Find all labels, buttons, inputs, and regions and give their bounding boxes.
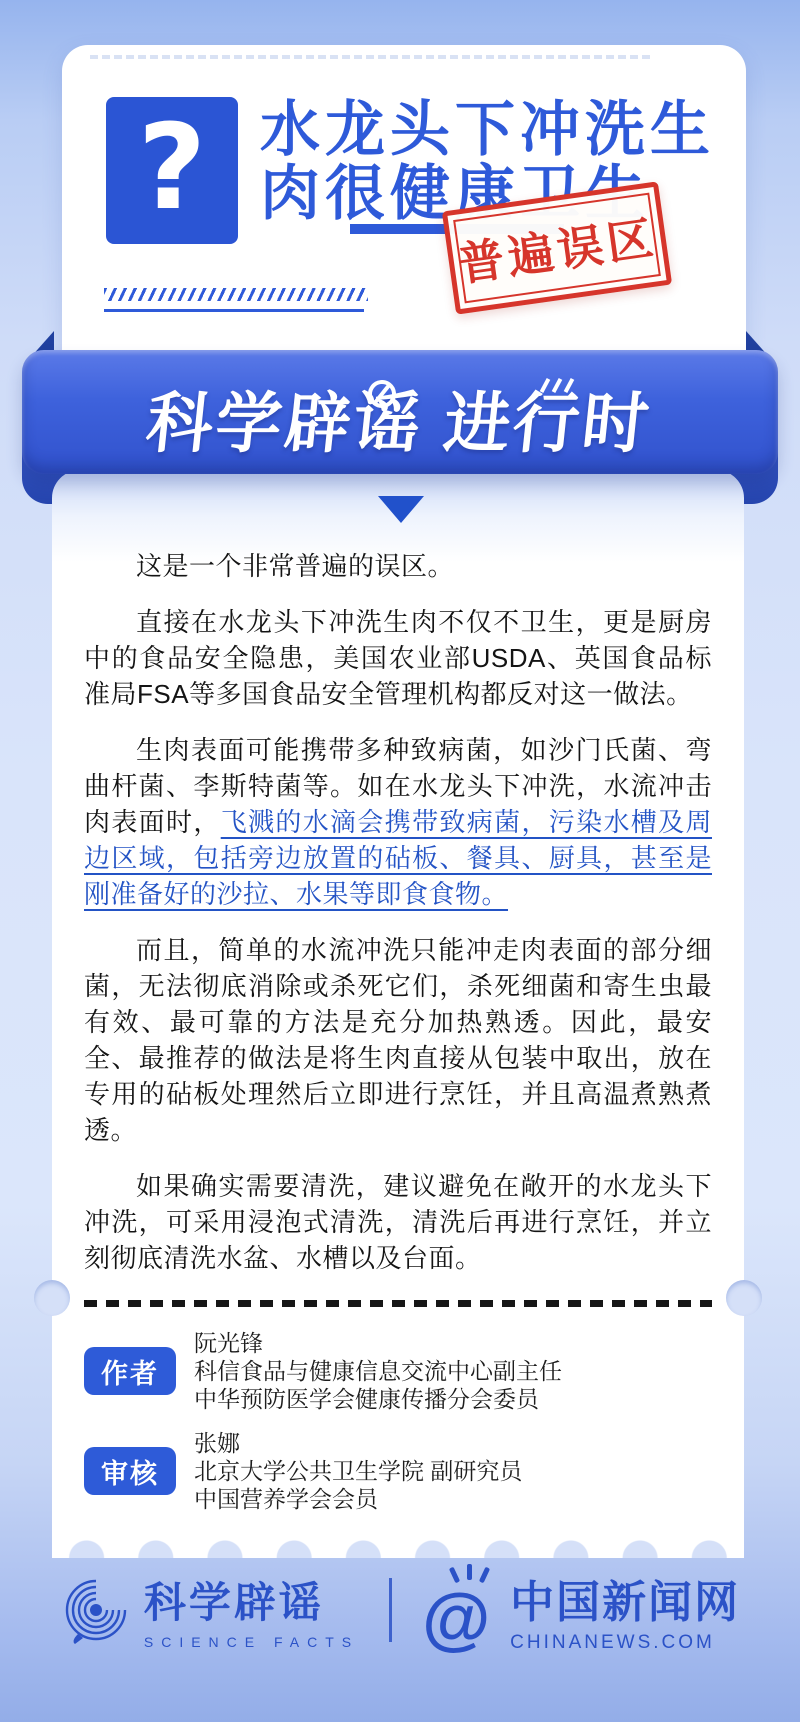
author-title-2: 中华预防医学会健康传播分会委员 — [194, 1385, 562, 1413]
perforation-dashes — [90, 55, 650, 59]
underline-decoration — [104, 309, 364, 312]
author-info: 阮光锋 科信食品与健康信息交流中心副主任 中华预防医学会健康传播分会委员 — [194, 1329, 562, 1413]
reviewer-info: 张娜 北京大学公共卫生学院 副研究员 中国营养学会会员 — [194, 1429, 522, 1513]
article-body: 这是一个非常普遍的误区。 直接在水龙头下冲洗生肉不仅不卫生，更是厨房中的食品安全… — [84, 548, 712, 1276]
scalloped-edge — [52, 1538, 744, 1558]
paragraph-5: 如果确实需要清洗，建议避免在敞开的水龙头下冲洗，可采用浸泡式清洗，清洗后再进行烹… — [84, 1168, 712, 1276]
dashed-divider — [84, 1300, 712, 1307]
author-row: 作者 阮光锋 科信食品与健康信息交流中心副主任 中华预防医学会健康传播分会委员 — [84, 1329, 712, 1413]
author-name: 阮光锋 — [194, 1329, 562, 1357]
author-title-1: 科信食品与健康信息交流中心副主任 — [194, 1357, 562, 1385]
hatch-decoration — [104, 288, 368, 301]
question-mark-glyph: ? — [138, 108, 206, 226]
ticket-notch-left — [34, 1280, 70, 1316]
author-badge: 作者 — [84, 1347, 176, 1395]
science-facts-cn: 科学辟谣 — [144, 1570, 359, 1630]
chinanews-en: CHINANEWS.COM — [510, 1632, 740, 1654]
paragraph-4: 而且，简单的水流冲洗只能冲走肉表面的部分细菌，无法彻底消除或杀死它们，杀死细菌和… — [84, 932, 712, 1148]
reviewer-title-2: 中国营养学会会员 — [194, 1485, 522, 1513]
question-mark-icon: ? — [106, 97, 238, 244]
paragraph-1: 这是一个非常普遍的误区。 — [84, 548, 712, 584]
science-facts-en: SCIENCE FACTS — [144, 1634, 359, 1650]
science-facts-logo-icon — [60, 1574, 132, 1646]
science-facts-logo: 科学辟谣 SCIENCE FACTS — [60, 1570, 359, 1650]
poster-page: ? 水龙头下冲洗生 肉很健康卫生 普遍误区 这是一个非常普遍的误区。 直接在水龙… — [0, 0, 800, 1722]
page-title-line1: 水龙头下冲洗生 — [260, 98, 740, 162]
down-arrow-icon — [378, 496, 424, 523]
ticket-notch-right — [726, 1280, 762, 1316]
misconception-stamp-label: 普遍误区 — [453, 193, 661, 304]
chinanews-cn: 中国新闻网 — [510, 1566, 740, 1630]
chinanews-text-block: 中国新闻网 CHINANEWS.COM — [510, 1566, 740, 1654]
speed-marks-icon — [543, 378, 603, 396]
article-card: 这是一个非常普遍的误区。 直接在水龙头下冲洗生肉不仅不卫生，更是厨房中的食品安全… — [52, 470, 744, 1558]
reviewer-name: 张娜 — [194, 1429, 522, 1457]
chinanews-logo: @ 中国新闻网 CHINANEWS.COM — [422, 1566, 740, 1654]
reviewer-badge: 审核 — [84, 1447, 176, 1495]
reviewer-row: 审核 张娜 北京大学公共卫生学院 副研究员 中国营养学会会员 — [84, 1429, 712, 1513]
chinanews-at-icon: @ — [422, 1567, 498, 1653]
banner-title: 科学辟谣 进行时 — [142, 360, 657, 465]
footer-divider — [389, 1578, 392, 1642]
science-facts-text-block: 科学辟谣 SCIENCE FACTS — [144, 1570, 359, 1650]
paragraph-2: 直接在水龙头下冲洗生肉不仅不卫生，更是厨房中的食品安全隐患，美国农业部USDA、… — [84, 604, 712, 712]
reviewer-title-1: 北京大学公共卫生学院 副研究员 — [194, 1457, 522, 1485]
footer: 科学辟谣 SCIENCE FACTS @ 中国新闻网 CHINANEWS.COM — [0, 1566, 800, 1654]
at-glyph: @ — [422, 1583, 490, 1653]
banner: 科学辟谣 进行时 — [22, 350, 778, 474]
paragraph-3: 生肉表面可能携带多种致病菌，如沙门氏菌、弯曲杆菌、李斯特菌等。如在水龙头下冲洗，… — [84, 732, 712, 912]
